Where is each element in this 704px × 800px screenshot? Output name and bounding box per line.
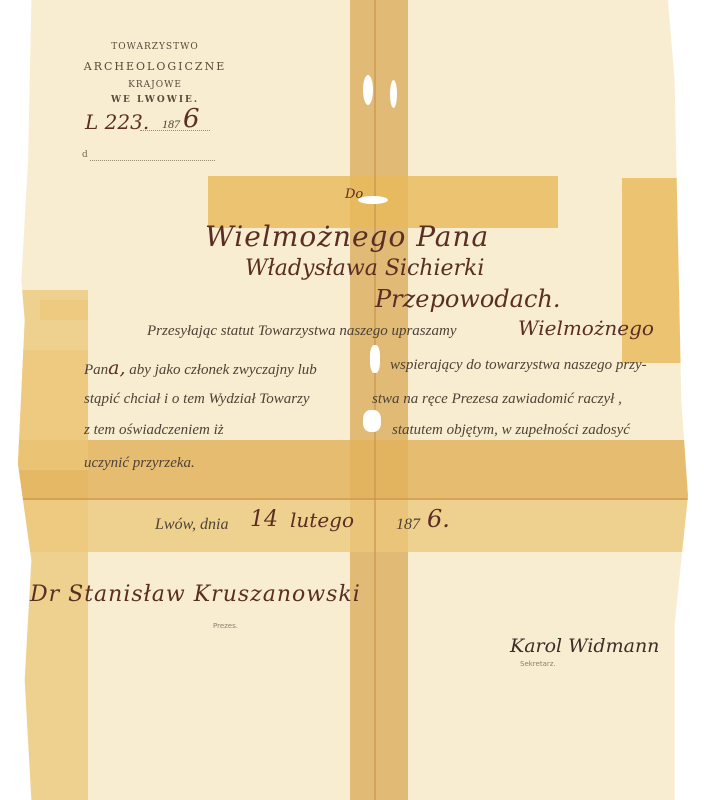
body-line-4-right: statutem objętym, w zupełności zadosyć	[392, 422, 630, 439]
letterhead-line-3: Krajowe	[80, 80, 230, 90]
tear-top-2	[390, 80, 397, 108]
stain-left-strip	[40, 300, 88, 320]
reference-d-label: d	[82, 150, 88, 160]
dateline-year-prefix: 187	[396, 516, 420, 534]
body-line-2-text: aby jako członek zwyczajny lub	[126, 362, 317, 378]
body-line-2-right: wspierający do towarzystwa naszego przy-	[390, 357, 647, 374]
dateline-place: Lwów, dnia	[155, 516, 229, 534]
address-line-3: Przepowodach.	[375, 285, 560, 313]
reference-year-suffix: 6	[183, 104, 200, 134]
body-line-1: Przesyłając statut Towarzystwa naszego u…	[147, 323, 456, 340]
letterhead-line-2: Archeologiczne	[70, 60, 240, 73]
address-to: Do	[345, 187, 363, 202]
body-line-2-handwritten: a,	[108, 357, 125, 379]
body-line-5: uczynić przyrzeka.	[84, 455, 195, 472]
stain-mid-left	[18, 350, 88, 470]
body-line-3-right: stwa na ręce Prezesa zawiadomić raczył ,	[372, 391, 622, 408]
tear-top	[363, 75, 373, 105]
body-handwritten-wielmoznego: Wielmożnego	[518, 316, 654, 340]
body-line-2-start: Pan	[84, 362, 108, 378]
letterhead-line-1: Towarzystwo	[80, 42, 230, 52]
president-signature: Dr Stanisław Kruszanowski	[30, 582, 361, 607]
dateline-year-suffix: 6.	[427, 505, 450, 533]
fold-crease-horizontal	[18, 498, 688, 500]
secretary-role: Sekretarz.	[520, 660, 556, 668]
reference-d-dotted-line	[90, 160, 215, 161]
secretary-signature: Karol Widmann	[510, 635, 659, 657]
body-line-3: stąpić chciał i o tem Wydział Towarzy	[84, 391, 310, 408]
reference-year-prefix: 187	[162, 117, 180, 132]
dateline-day: 14	[250, 507, 278, 532]
address-line-2: Władysława Sichierki	[245, 256, 484, 281]
letterhead-line-4: We Lwowie.	[80, 95, 230, 105]
president-role: Prezes.	[213, 622, 238, 630]
body-line-4: z tem oświadczeniem iż	[84, 422, 224, 439]
body-line-2: Pana, aby jako członek zwyczajny lub	[84, 357, 317, 379]
address-line-1: Wielmożnego Pana	[205, 220, 489, 253]
tear-mid-3	[363, 410, 381, 432]
dateline-month: lutego	[290, 508, 354, 532]
tear-mid-2	[370, 345, 380, 373]
